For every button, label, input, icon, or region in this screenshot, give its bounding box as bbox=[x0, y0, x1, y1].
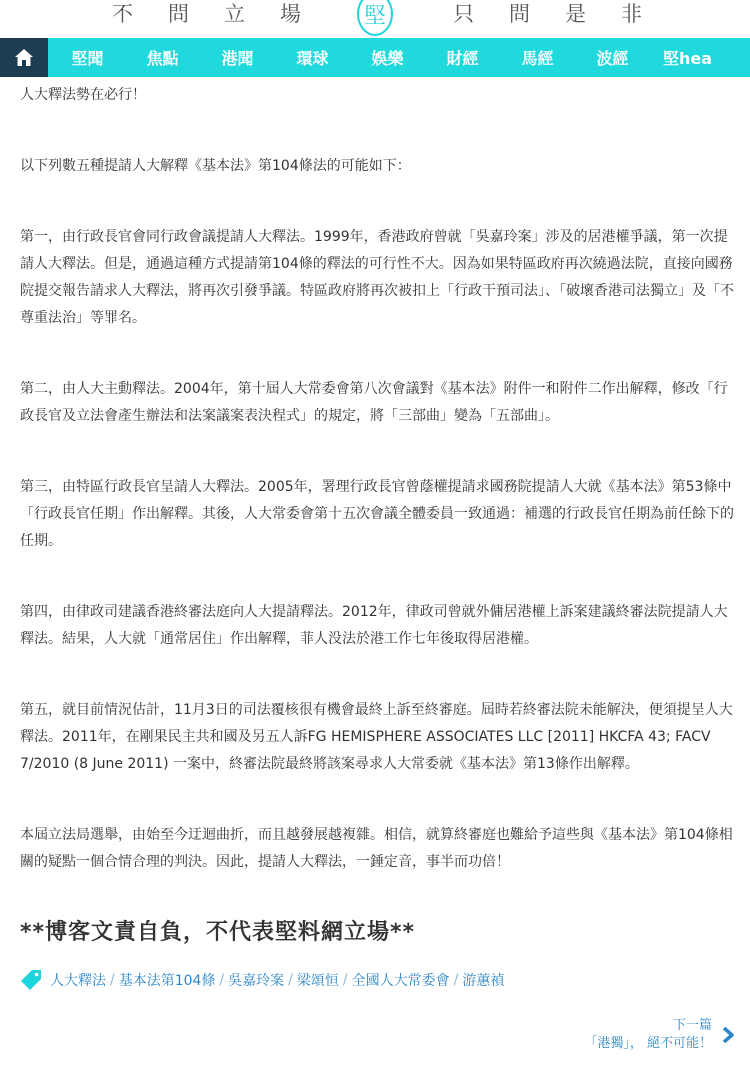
slogan-char: 場 bbox=[280, 0, 301, 28]
nav-item-hk-news[interactable]: 港聞 bbox=[200, 46, 275, 69]
blog-disclaimer: **博客文責自負，不代表堅料網立場** bbox=[20, 915, 415, 946]
home-icon bbox=[15, 49, 33, 66]
next-post-text: 下一篇 「港獨」， 絕不可能！ bbox=[584, 1017, 712, 1053]
tag-icon bbox=[20, 969, 42, 991]
next-post-label: 下一篇 bbox=[584, 1017, 712, 1035]
home-button[interactable] bbox=[0, 38, 48, 77]
slogan-char: 問 bbox=[509, 0, 530, 28]
next-post-title: 「港獨」， 絕不可能！ bbox=[584, 1035, 712, 1053]
tag-link[interactable]: 人大釋法 bbox=[50, 970, 106, 990]
article-paragraph: 第一，由行政長官會同行政會議提請人大釋法。1999年，香港政府曾就「吳嘉玲案」涉… bbox=[20, 224, 736, 332]
nav-item-entertainment[interactable]: 娛樂 bbox=[350, 46, 425, 69]
article-paragraph: 第二，由人大主動釋法。2004年，第十屆人大常委會第八次會議對《基本法》附件一和… bbox=[20, 376, 736, 430]
nav-item-horse-racing[interactable]: 馬經 bbox=[500, 46, 575, 69]
slogan-char: 問 bbox=[168, 0, 189, 28]
article-paragraph: 本屆立法局選舉，由始至今迂迴曲折，而且越發展越複雜。相信，就算終審庭也難給予這些… bbox=[20, 822, 736, 876]
tag-separator: / bbox=[219, 972, 224, 988]
nav-item-focus[interactable]: 焦點 bbox=[125, 46, 200, 69]
slogan-char: 立 bbox=[224, 0, 245, 28]
next-post-link[interactable]: 下一篇 「港獨」， 絕不可能！ bbox=[584, 1017, 734, 1053]
nav-item-kin-hea[interactable]: 堅hea bbox=[650, 46, 725, 69]
tag-separator: / bbox=[454, 972, 459, 988]
tag-list: 人大釋法 / 基本法第104條 / 吳嘉玲案 / 梁頌恒 / 全國人大常委會 /… bbox=[20, 969, 504, 991]
nav-item-football[interactable]: 波經 bbox=[575, 46, 650, 69]
main-navbar: 堅聞 焦點 港聞 環球 娛樂 財經 馬經 波經 堅hea bbox=[0, 38, 750, 77]
nav-item-finance[interactable]: 財經 bbox=[425, 46, 500, 69]
slogan-char: 只 bbox=[453, 0, 474, 28]
article-paragraph: 第五，就目前情況估計，11月3日的司法覆核很有機會最終上訴至終審庭。屆時若終審法… bbox=[20, 697, 736, 778]
article-paragraph: 第三，由特區行政長官呈請人大釋法。2005年，署理行政長官曾蔭權提請求國務院提請… bbox=[20, 474, 736, 555]
article-paragraph: 以下列數五種提請人大解釋《基本法》第104條法的可能如下： bbox=[20, 153, 736, 180]
tag-link[interactable]: 游蕙禎 bbox=[462, 970, 504, 990]
tag-link[interactable]: 全國人大常委會 bbox=[352, 970, 450, 990]
slogan-char: 非 bbox=[621, 0, 642, 28]
tag-link[interactable]: 基本法第104條 bbox=[119, 970, 216, 990]
tag-separator: / bbox=[288, 972, 293, 988]
masthead: 不 問 立 場 堅 只 問 是 非 bbox=[0, 0, 750, 38]
nav-item-kin-news[interactable]: 堅聞 bbox=[50, 46, 125, 69]
slogan-char: 是 bbox=[565, 0, 586, 28]
tag-link[interactable]: 吳嘉玲案 bbox=[228, 970, 284, 990]
article-paragraph: 人大釋法勢在必行！ bbox=[20, 82, 736, 109]
tag-separator: / bbox=[110, 972, 115, 988]
article-body: 人大釋法勢在必行！ 以下列數五種提請人大解釋《基本法》第104條法的可能如下： … bbox=[20, 77, 736, 920]
nav-item-world[interactable]: 環球 bbox=[275, 46, 350, 69]
article-paragraph: 第四，由律政司建議香港終審法庭向人大提請釋法。2012年，律政司曾就外傭居港權上… bbox=[20, 599, 736, 653]
logo-char: 堅 bbox=[364, 0, 386, 30]
slogan-char: 不 bbox=[112, 0, 133, 28]
site-logo[interactable]: 堅 bbox=[357, 0, 393, 36]
chevron-right-icon bbox=[722, 1027, 734, 1043]
tag-separator: / bbox=[343, 972, 348, 988]
tag-link[interactable]: 梁頌恒 bbox=[297, 970, 339, 990]
